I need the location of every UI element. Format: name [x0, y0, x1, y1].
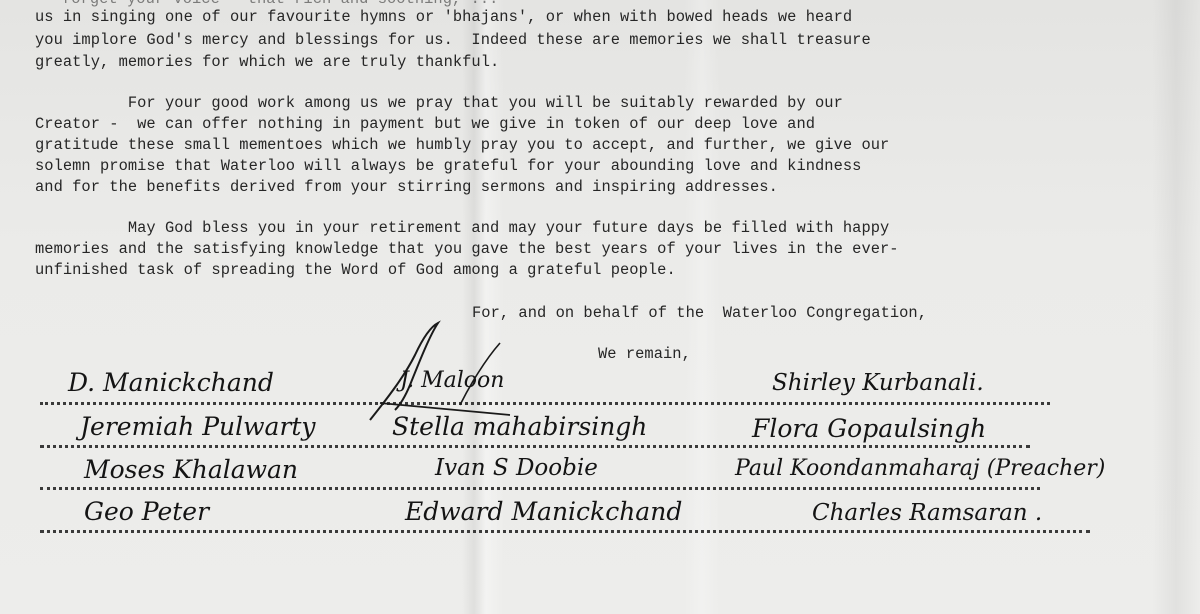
signature-dotted-line-3 [40, 487, 1040, 490]
cut-off-top-line: forget your voice — that rich and soothi… [62, 0, 498, 8]
signature: Paul Koondanmaharaj (Preacher) [735, 456, 1105, 481]
paragraph-1-line-2: you implore God's mercy and blessings fo… [35, 31, 871, 49]
paragraph-1-line-1: us in singing one of our favourite hymns… [35, 8, 852, 26]
signature-dotted-line-1 [40, 402, 1050, 405]
paragraph-3-line-3: unfinished task of spreading the Word of… [35, 261, 676, 279]
paragraph-1-line-3: greatly, memories for which we are truly… [35, 53, 499, 71]
closing-on-behalf: For, and on behalf of the Waterloo Congr… [472, 304, 927, 322]
paragraph-3-line-2: memories and the satisfying knowledge th… [35, 240, 899, 258]
signature: Geo Peter [84, 497, 209, 526]
signature: Stella mahabirsingh [392, 412, 647, 441]
signature: Moses Khalawan [84, 455, 298, 484]
signature-dotted-line-4 [40, 530, 1090, 533]
paragraph-2-line-5: and for the benefits derived from your s… [35, 178, 778, 196]
signature: D. Manickchand [68, 368, 274, 397]
paragraph-2-line-4: solemn promise that Waterloo will always… [35, 157, 861, 175]
signature: Jeremiah Pulwarty [80, 412, 316, 441]
paragraph-3-line-1: May God bless you in your retirement and… [35, 219, 889, 237]
signature: Flora Gopaulsingh [752, 414, 986, 443]
paragraph-2-line-2: Creator - we can offer nothing in paymen… [35, 115, 815, 133]
signature: J. Maloon [400, 368, 504, 393]
closing-we-remain: We remain, [598, 345, 691, 363]
paragraph-2-line-1: For your good work among us we pray that… [35, 94, 843, 112]
signature: Edward Manickchand [405, 497, 682, 526]
signature: Ivan S Doobie [435, 455, 598, 481]
paragraph-2-line-3: gratitude these small mementoes which we… [35, 136, 889, 154]
signature-dotted-line-2 [40, 445, 1030, 448]
signature: Shirley Kurbanali. [772, 370, 984, 396]
signature: Charles Ramsaran . [812, 500, 1042, 526]
